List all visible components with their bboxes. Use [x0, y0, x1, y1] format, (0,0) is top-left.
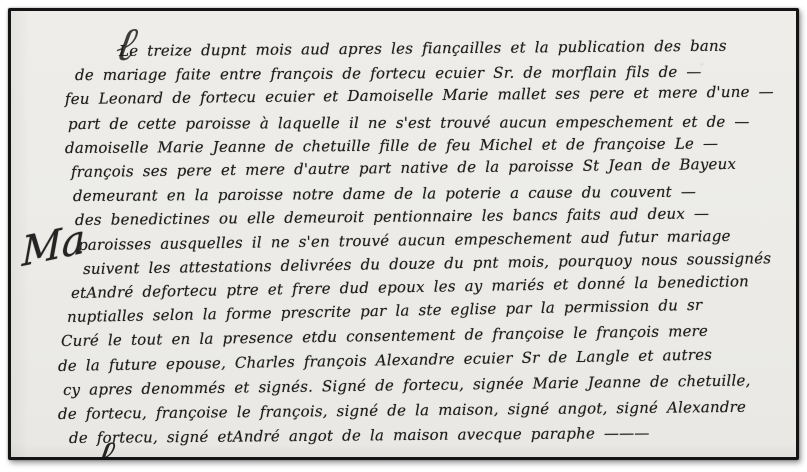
- manuscript-paper: ℓ Ma Le treize dupnt mois aud apres les …: [11, 11, 796, 457]
- manuscript-line: Le treize dupnt mois aud apres les fianç…: [119, 33, 778, 63]
- scan-frame: ℓ Ma Le treize dupnt mois aud apres les …: [8, 8, 799, 460]
- manuscript-text: Le treize dupnt mois aud apres les fianç…: [63, 39, 778, 450]
- scanned-document-page: ℓ Ma Le treize dupnt mois aud apres les …: [0, 0, 807, 472]
- manuscript-line: de fortecu, signé etAndré angot de la ma…: [69, 420, 778, 450]
